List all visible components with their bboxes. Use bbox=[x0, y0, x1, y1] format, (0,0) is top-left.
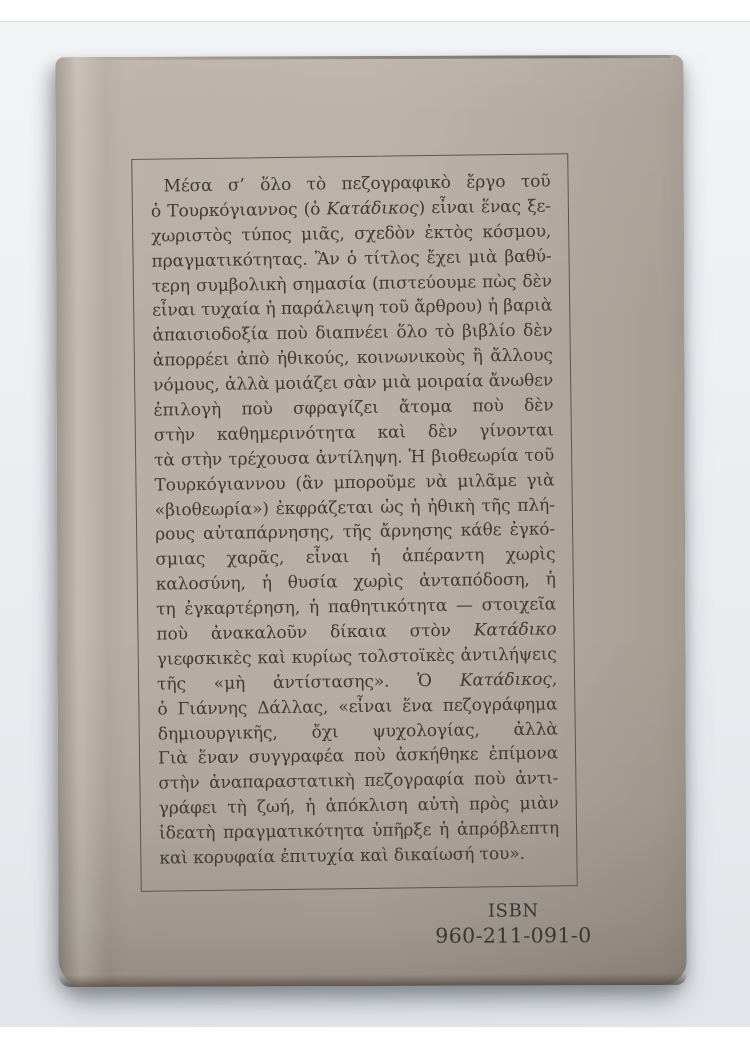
isbn-label: ISBN bbox=[388, 900, 638, 922]
blurb-text: Μέσα σ’ ὅλο τὸ πεζογραφικὸ ἔργο τοῦ Θεοτ… bbox=[150, 169, 559, 871]
isbn-number: 960-211-091-0 bbox=[388, 923, 638, 948]
blurb-line: καὶ κορυφαία ἐπιτυχία καὶ δικαίωσή του». bbox=[159, 841, 559, 871]
book-back-cover: Μέσα σ’ ὅλο τὸ πεζογραφικὸ ἔργο τοῦ Θεοτ… bbox=[55, 55, 686, 987]
book-photo: Μέσα σ’ ὅλο τὸ πεζογραφικὸ ἔργο τοῦ Θεοτ… bbox=[0, 0, 750, 1050]
spine-crease bbox=[55, 57, 128, 987]
blurb-frame: Μέσα σ’ ὅλο τὸ πεζογραφικὸ ἔργο τοῦ Θεοτ… bbox=[131, 153, 578, 892]
isbn-block: ISBN 960-211-091-0 bbox=[388, 900, 638, 948]
